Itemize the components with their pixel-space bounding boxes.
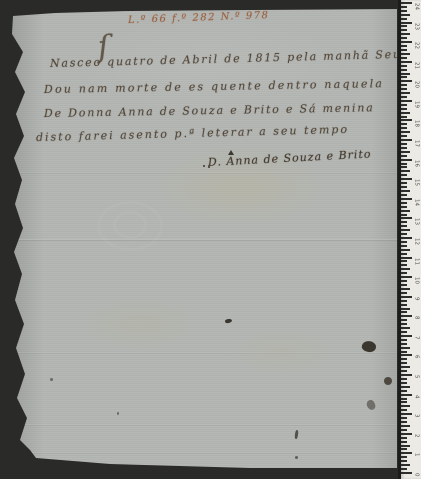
ruler-tick-major (401, 257, 412, 259)
ruler-tick-minor (401, 272, 407, 274)
scanned-letter-page: L.º 66 f.º 282 N.º 978 ſ Nasceo quatro d… (0, 0, 421, 479)
ruler-number: 14 (413, 199, 419, 206)
ruler-tick-minor (401, 445, 410, 447)
ruler-tick-minor (401, 284, 407, 286)
ruler-number: 9 (413, 297, 419, 301)
ruler-tick-minor (401, 448, 407, 450)
ruler-tick-minor (401, 69, 407, 71)
ruler-tick-major (401, 335, 412, 337)
ruler-tick-minor (401, 57, 407, 59)
ruler-tick-minor (401, 386, 410, 388)
ink-blot (384, 377, 392, 385)
ruler-tick-minor (401, 45, 407, 47)
ruler-tick-minor (401, 268, 410, 270)
ruler-number: 1 (413, 453, 419, 457)
ruler-number: 7 (413, 336, 419, 340)
ruler-number: 0 (413, 473, 419, 477)
ruler-tick-minor (401, 123, 407, 125)
ruler-tick-minor (401, 214, 407, 216)
ink-mark (225, 318, 233, 324)
ruler-number: 4 (413, 395, 419, 399)
ruler-tick-minor (401, 135, 407, 137)
ruler-tick-minor (401, 6, 407, 8)
ruler-tick-minor (401, 280, 407, 282)
archive-reference-number: L.º 66 f.º 282 N.º 978 (128, 10, 270, 26)
ruler-tick-major (401, 178, 412, 180)
ruler-tick-minor (401, 25, 407, 27)
ruler-tick-minor (401, 378, 407, 380)
ruler-tick-minor (401, 425, 410, 427)
ruler-tick-minor (401, 155, 407, 157)
ruler-number: 2 (413, 434, 419, 438)
ruler-number: 6 (413, 355, 419, 359)
ink-speck (295, 456, 298, 459)
ruler-tick-minor (401, 304, 407, 306)
ruler-tick-minor (401, 229, 410, 231)
ruler: 2423222120191817161514131211109876543210 (398, 0, 421, 479)
ruler-tick-minor (401, 390, 407, 392)
ruler-tick-minor (401, 288, 410, 290)
ruler-tick-minor (401, 127, 407, 129)
ruler-number: 18 (413, 120, 419, 127)
ruler-tick-major (401, 394, 412, 396)
ruler-tick-minor (401, 131, 410, 133)
ruler-tick-minor (401, 37, 407, 39)
ruler-tick-major (401, 100, 412, 102)
ink-mark (294, 430, 298, 439)
ruler-tick-major (401, 217, 412, 219)
ruler-tick-minor (401, 245, 407, 247)
ruler-tick-minor (401, 311, 407, 313)
ruler-number: 19 (413, 101, 419, 108)
ruler-number: 24 (413, 3, 419, 10)
ruler-tick-minor (401, 33, 410, 35)
ruler-tick-major (401, 80, 412, 82)
fold-crease (10, 452, 397, 454)
ruler-tick-major (401, 452, 412, 454)
ruler-tick-minor (401, 210, 410, 212)
ruler-tick-minor (401, 323, 407, 325)
ruler-number: 17 (413, 140, 419, 147)
ruler-tick-major (401, 315, 412, 317)
ruler-tick-minor (401, 108, 407, 110)
ruler-tick-minor (401, 202, 407, 204)
ruler-tick-minor (401, 206, 407, 208)
ruler-tick-minor (401, 221, 407, 223)
ruler-tick-minor (401, 14, 410, 16)
ruler-tick-major (401, 413, 412, 415)
handwriting-line: Dou nam morte de es quente dentro naquel… (44, 77, 384, 96)
ruler-tick-minor (401, 182, 407, 184)
ruler-number: 23 (413, 23, 419, 30)
ruler-tick-minor (401, 343, 407, 345)
ruler-tick-major (401, 433, 412, 435)
ruler-tick-minor (401, 73, 410, 75)
ruler-tick-minor (401, 143, 407, 145)
ink-caret-mark (228, 150, 234, 155)
ruler-tick-minor (401, 88, 407, 90)
ruler-tick-minor (401, 104, 407, 106)
ruler-tick-minor (401, 225, 407, 227)
ink-speck (50, 378, 53, 381)
ruler-tick-minor (401, 18, 407, 20)
ruler-tick-minor (401, 96, 407, 98)
watermark (114, 212, 146, 238)
ruler-tick-minor (401, 84, 407, 86)
ruler-tick-minor (401, 194, 407, 196)
ruler-tick-major (401, 119, 412, 121)
ruler-tick-minor (401, 339, 407, 341)
ruler-number: 15 (413, 179, 419, 186)
ruler-number: 5 (413, 375, 419, 379)
ruler-number: 12 (413, 238, 419, 245)
ruler-tick-minor (401, 362, 407, 364)
ruler-tick-minor (401, 170, 410, 172)
ruler-tick-major (401, 139, 412, 141)
ruler-tick-major (401, 61, 412, 63)
ink-smudge (365, 399, 376, 411)
ruler-tick-minor (401, 10, 407, 12)
ruler-tick-minor (401, 460, 407, 462)
ink-dot (208, 166, 210, 168)
ruler-tick-minor (401, 292, 407, 294)
ruler-tick-minor (401, 300, 407, 302)
ruler-tick-minor (401, 116, 407, 118)
ruler-tick-minor (401, 464, 410, 466)
fold-crease (10, 352, 397, 354)
ruler-tick-minor (401, 65, 407, 67)
ruler-tick-minor (401, 417, 407, 419)
ruler-tick-minor (401, 76, 407, 78)
handwriting-line: disto farei asento p.ª leterar a seu tem… (36, 123, 349, 144)
handwriting-line: De Donna Anna de Souza e Brito e Sá meni… (44, 101, 375, 120)
ruler-tick-minor (401, 398, 407, 400)
ruler-tick-minor (401, 468, 407, 470)
ruler-tick-minor (401, 401, 407, 403)
ruler-tick-minor (401, 29, 407, 31)
ruler-tick-minor (401, 53, 410, 55)
ruler-tick-minor (401, 151, 410, 153)
ruler-tick-minor (401, 163, 407, 165)
ruler-tick-minor (401, 358, 407, 360)
ruler-tick-minor (401, 92, 410, 94)
ruler-tick-major (401, 296, 412, 298)
ink-dot (203, 165, 205, 167)
ruler-tick-minor (401, 233, 407, 235)
ruler-tick-minor (401, 382, 407, 384)
ruler-tick-minor (401, 186, 407, 188)
ruler-tick-minor (401, 253, 407, 255)
ruler-tick-major (401, 22, 412, 24)
ruler-number: 16 (413, 160, 419, 167)
ruler-tick-minor (401, 347, 410, 349)
ruler-tick-major (401, 198, 412, 200)
ruler-tick-minor (401, 331, 407, 333)
ruler-number: 11 (413, 258, 419, 265)
paper-sheet: L.º 66 f.º 282 N.º 978 ſ Nasceo quatro d… (10, 6, 397, 471)
ruler-tick-minor (401, 437, 407, 439)
ruler-tick-minor (401, 327, 410, 329)
ruler-number: 13 (413, 218, 419, 225)
ruler-number: 10 (413, 277, 419, 284)
ruler-number: 8 (413, 316, 419, 320)
ruler-tick-major (401, 354, 412, 356)
ruler-tick-minor (401, 49, 407, 51)
ruler-tick-minor (401, 174, 407, 176)
ruler-tick-major (401, 374, 412, 376)
ruler-number: 22 (413, 42, 419, 49)
ruler-number: 3 (413, 414, 419, 418)
ruler-tick-major (401, 472, 412, 474)
ruler-tick-minor (401, 370, 407, 372)
fold-crease (10, 172, 397, 174)
ruler-tick-minor (401, 190, 410, 192)
fold-crease (10, 424, 397, 426)
ruler-tick-minor (401, 112, 410, 114)
ruler-tick-major (401, 159, 412, 161)
ruler-tick-major (401, 237, 412, 239)
ruler-tick-minor (401, 308, 410, 310)
ruler-tick-minor (401, 260, 407, 262)
ruler-number: 21 (413, 62, 419, 69)
ruler-tick-minor (401, 166, 407, 168)
ruler-tick-minor (401, 409, 407, 411)
ruler-tick-major (401, 41, 412, 43)
ruler-tick-minor (401, 429, 407, 431)
ruler-tick-major (401, 2, 412, 4)
ruler-tick-minor (401, 241, 407, 243)
ruler-tick-minor (401, 147, 407, 149)
ruler-tick-minor (401, 441, 407, 443)
ruler-tick-minor (401, 249, 410, 251)
ink-speck (117, 412, 119, 415)
ruler-tick-minor (401, 366, 410, 368)
fold-crease (10, 239, 397, 241)
ruler-tick-minor (401, 351, 407, 353)
ruler-tick-minor (401, 421, 407, 423)
ruler-tick-minor (401, 319, 407, 321)
ruler-tick-major (401, 276, 412, 278)
ruler-tick-minor (401, 264, 407, 266)
ruler-number: 20 (413, 81, 419, 88)
ruler-tick-minor (401, 456, 407, 458)
ruler-tick-minor (401, 405, 410, 407)
